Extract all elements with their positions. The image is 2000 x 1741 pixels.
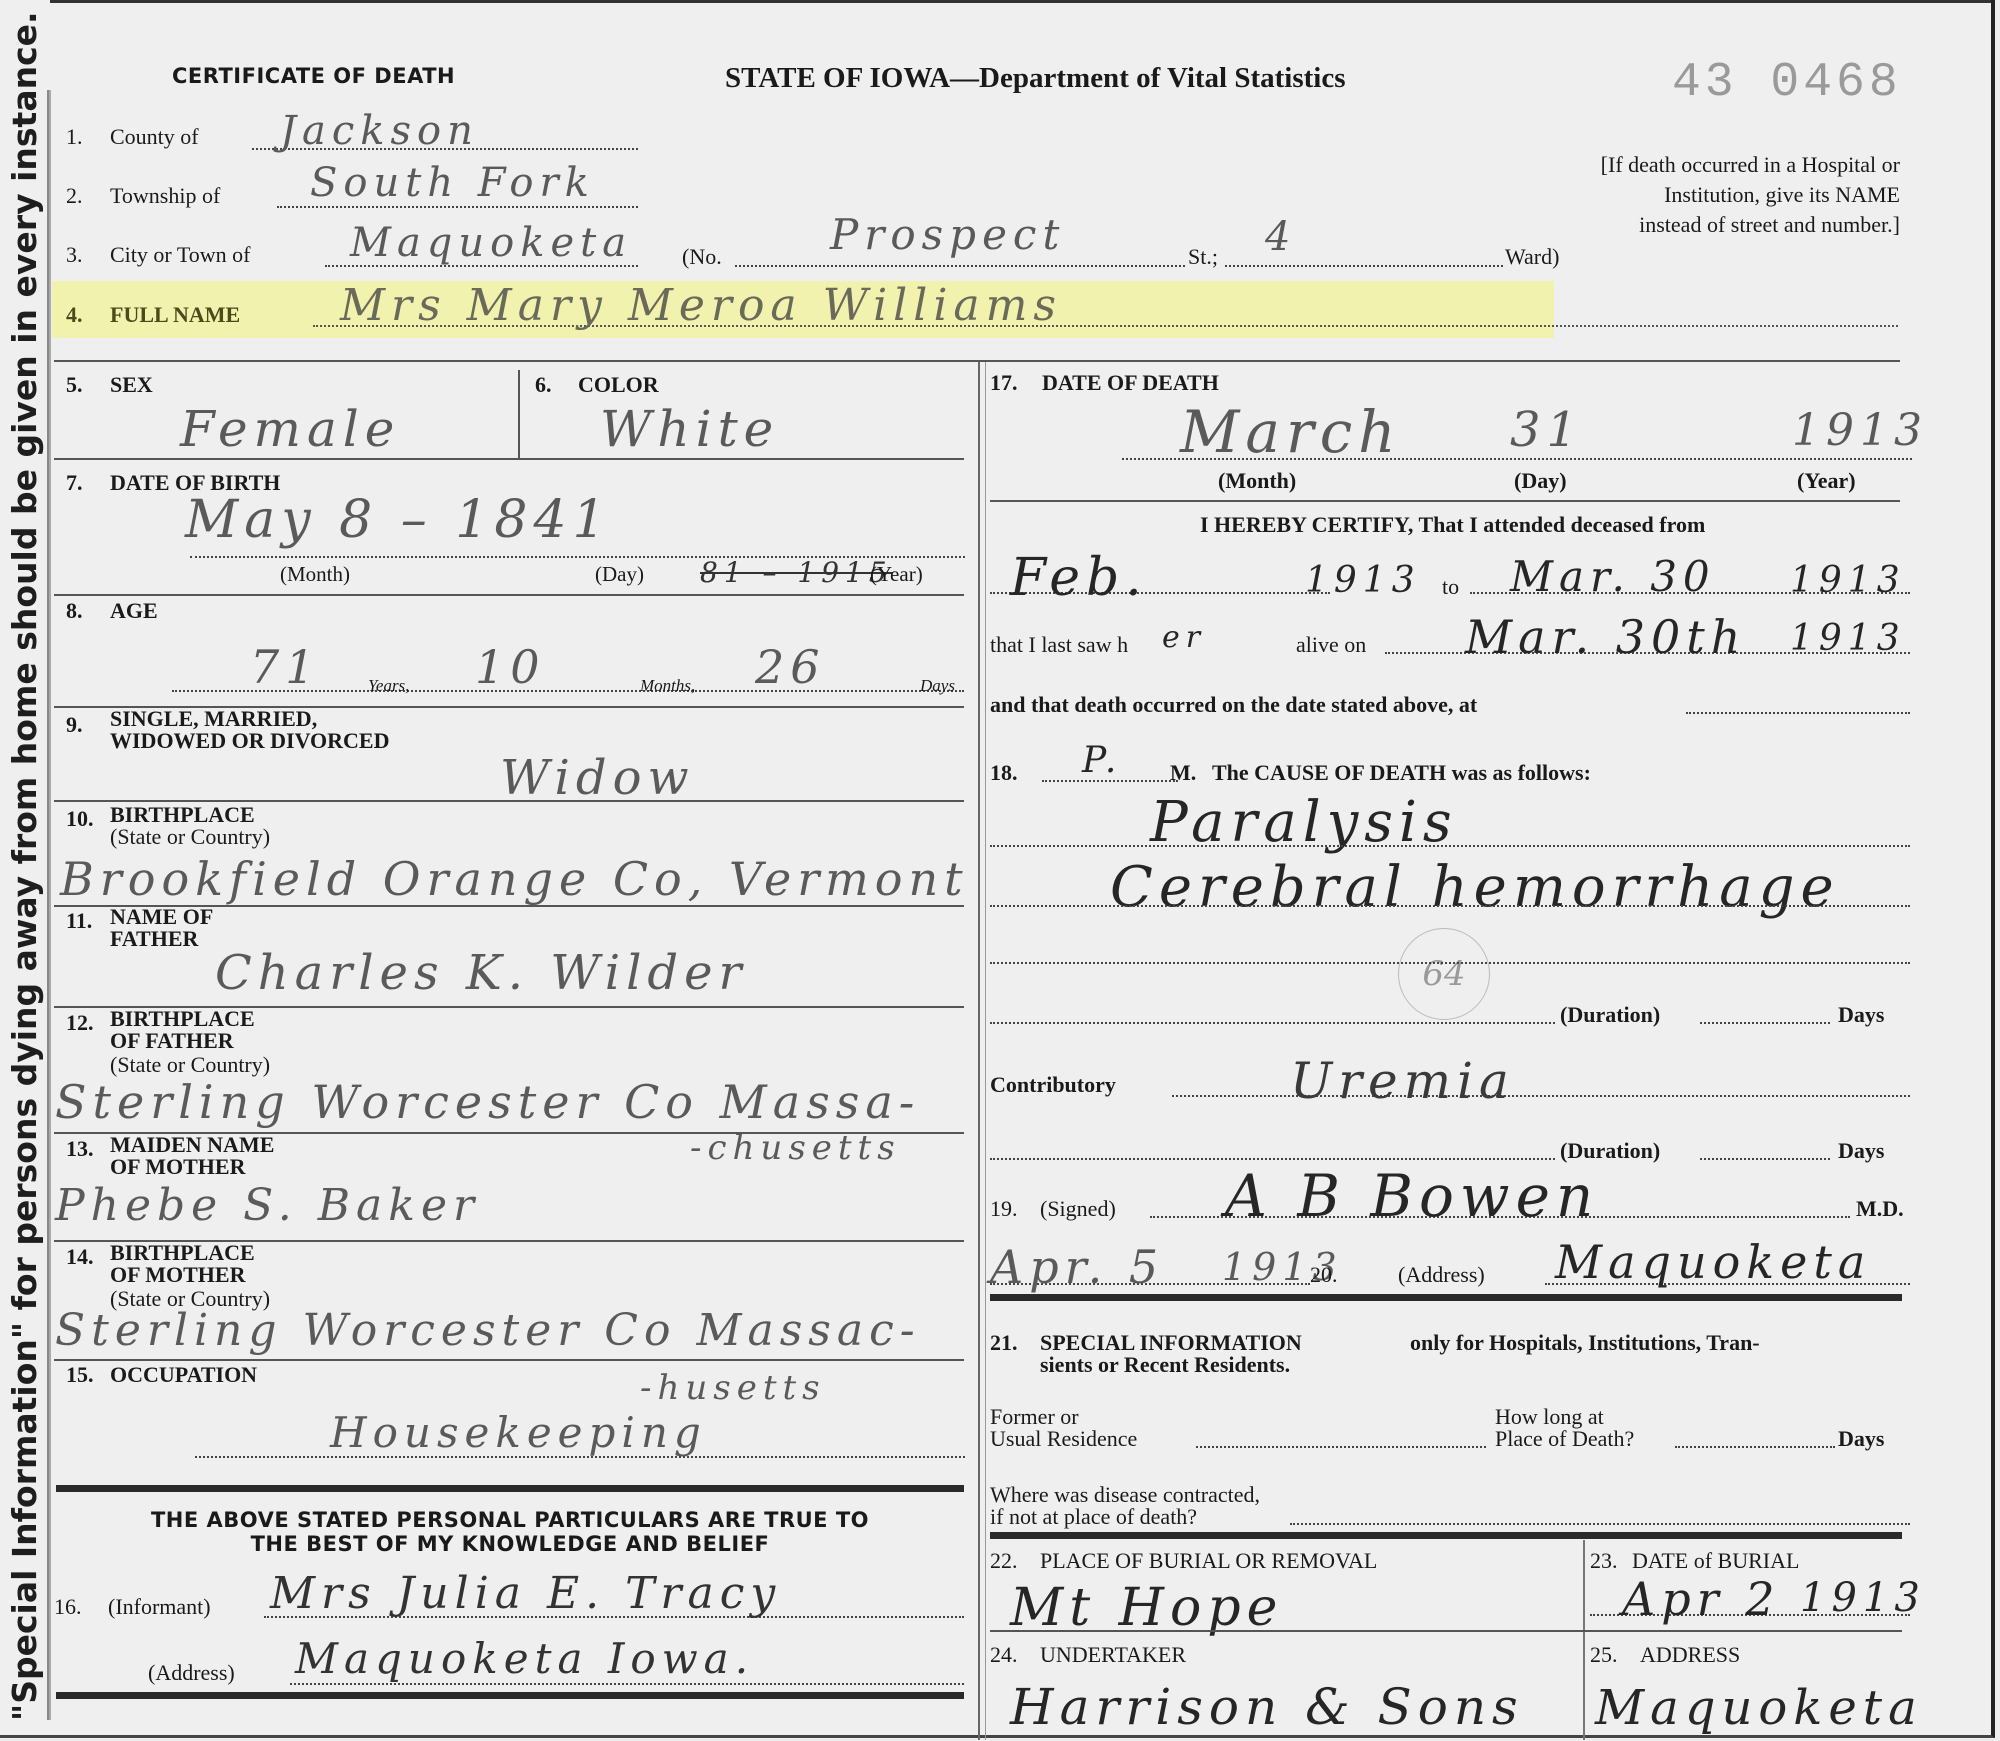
county-value: Jackson (280, 108, 479, 154)
mother-value: Phebe S. Baker (55, 1180, 480, 1231)
township-value: South Fork (310, 160, 595, 206)
sidebar: "Special Information" for persons dying … (2, 0, 44, 1741)
certificate-number: 43 0468 (1672, 56, 1902, 110)
informant-address-value: Maquoketa Iowa. (295, 1634, 754, 1683)
certify-to-year: 1913 (1790, 560, 1906, 601)
cause-num: 18. (990, 760, 1018, 786)
county-label: County of (110, 124, 199, 150)
agency-title: STATE OF IOWA—Department of Vital Statis… (725, 62, 1346, 95)
informant-value: Mrs Julia E. Tracy (270, 1568, 781, 1619)
father-birthplace-value: Sterling Worcester Co Massa- (55, 1075, 920, 1129)
street-label: St.; (1188, 244, 1218, 270)
death-certificate: "Special Information" for persons dying … (0, 0, 1995, 1738)
street-no-value: Prospect (830, 210, 1065, 259)
how-long-days: Days (1838, 1426, 1884, 1452)
special-title-rest: only for Hospitals, Institutions, Tran- (1410, 1330, 1760, 1356)
dob-struck-value: 81 – 1915 (700, 556, 893, 589)
column-divider (978, 362, 980, 1740)
signed-address-num: 20. (1310, 1262, 1338, 1288)
alive-on-value: Mar. 30th (1465, 610, 1746, 664)
age-months-label: Months, (640, 676, 695, 696)
ward-label: Ward) (1505, 244, 1559, 270)
sex-num: 5. (66, 372, 83, 398)
rule-top-section (54, 360, 1900, 362)
days-label-2: Days (1838, 1138, 1884, 1164)
former-residence-label-2: Usual Residence (990, 1426, 1137, 1452)
special-num: 21. (990, 1330, 1018, 1356)
last-saw-suffix: er (1162, 620, 1206, 655)
special-line-2: sients or Recent Residents. (1040, 1352, 1290, 1378)
cause-time-value: P. (1082, 740, 1122, 781)
dob-num: 7. (66, 470, 83, 496)
father-label-2: FATHER (110, 928, 198, 950)
dod-day: 31 (1510, 402, 1583, 458)
dod-year: 1913 (1792, 405, 1928, 456)
color-value: White (600, 400, 779, 458)
duration-label-1: (Duration) (1560, 1002, 1660, 1028)
birthplace-value: Brookfield Orange Co, Vermont (60, 852, 969, 906)
dod-month: March (1180, 398, 1402, 466)
age-label: AGE (110, 598, 158, 624)
alive-on-year: 1913 (1790, 618, 1906, 659)
color-num: 6. (535, 372, 552, 398)
father-label-1: NAME OF (110, 906, 213, 928)
age-num: 8. (66, 598, 83, 624)
institution-note: [If death occurred in a Hospital or Inst… (1600, 150, 1900, 240)
dob-year-label: (Year) (870, 562, 923, 587)
age-days-label: Days (920, 676, 955, 696)
full-name-num: 4. (66, 302, 83, 328)
marital-label-2: WIDOWED OR DIVORCED (110, 730, 389, 752)
dod-label: DATE OF DEATH (1042, 370, 1219, 396)
signed-suffix: M.D. (1856, 1196, 1904, 1222)
birthplace-sub: (State or Country) (110, 826, 270, 848)
signed-num: 19. (990, 1196, 1018, 1222)
burial-date-num: 23. (1590, 1548, 1618, 1574)
township-label: Township of (110, 183, 220, 209)
side-rule (47, 90, 51, 1720)
sidebar-instruction: "Special Information" for persons dying … (4, 0, 46, 1741)
informant-num: 16. (54, 1594, 82, 1620)
last-saw-label: that I last saw h (990, 632, 1128, 658)
birthplace-label: BIRTHPLACE (110, 804, 255, 826)
occupation-num: 15. (66, 1362, 94, 1388)
city-label: City or Town of (110, 242, 250, 268)
marital-num: 9. (66, 712, 83, 738)
father-value: Charles K. Wilder (215, 945, 748, 1001)
age-years: 71 (250, 640, 321, 694)
certify-from-value: Feb. (1010, 548, 1148, 608)
full-name-label: FULL NAME (110, 302, 240, 328)
signed-address-value: Maquoketa (1555, 1235, 1871, 1289)
signed-address-label: (Address) (1398, 1262, 1485, 1288)
burial-date-label: DATE of BURIAL (1632, 1548, 1799, 1574)
mother-num: 13. (66, 1136, 94, 1162)
contributory-label: Contributory (990, 1072, 1116, 1098)
duration-label-2: (Duration) (1560, 1138, 1660, 1164)
informant-label: (Informant) (108, 1594, 211, 1620)
contracted-label-2: if not at place of death? (990, 1504, 1197, 1530)
days-label-1: Days (1838, 1002, 1884, 1028)
certify-from-year: 1913 (1305, 560, 1421, 601)
age-months: 10 (475, 640, 546, 694)
occupation-label: OCCUPATION (110, 1362, 257, 1388)
certify-to-value: Mar. 30 (1510, 552, 1716, 601)
age-years-label: Years, (368, 676, 409, 696)
undertaker-value: Harrison & Sons (1010, 1678, 1524, 1736)
father-birthplace-label-2: OF FATHER (110, 1030, 234, 1052)
contributory-value: Uremia (1290, 1052, 1515, 1110)
township-num: 2. (66, 183, 83, 209)
dod-day-label: (Day) (1514, 468, 1567, 494)
undertaker-address-value: Maquoketa (1595, 1680, 1923, 1736)
undertaker-address-label: ADDRESS (1640, 1642, 1740, 1668)
cause-line-2: Cerebral hemorrhage (1110, 855, 1840, 920)
marital-value: Widow (500, 750, 695, 806)
cause-label: The CAUSE OF DEATH was as follows: (1212, 760, 1591, 786)
alive-on-label: alive on (1296, 632, 1366, 658)
mother-label-2: OF MOTHER (110, 1156, 245, 1178)
father-birthplace-sub: (State or Country) (110, 1054, 270, 1076)
father-birthplace-value-cont: -chusetts (690, 1128, 901, 1168)
mother-birthplace-label-1: BIRTHPLACE (110, 1242, 255, 1264)
dod-month-label: (Month) (1218, 468, 1296, 494)
color-label: COLOR (578, 372, 659, 398)
certify-line-4: and that death occurred on the date stat… (990, 692, 1477, 718)
mother-birthplace-label-2: OF MOTHER (110, 1264, 245, 1286)
mother-birthplace-value-cont: -husetts (640, 1368, 826, 1408)
signed-label: (Signed) (1040, 1196, 1116, 1222)
father-birthplace-num: 12. (66, 1010, 94, 1036)
full-name-value: Mrs Mary Meroa Williams (340, 280, 1062, 331)
top-border (50, 0, 1991, 3)
dob-month-label: (Month) (280, 562, 350, 587)
mother-birthplace-value: Sterling Worcester Co Massac- (55, 1305, 921, 1356)
attestation-line-1: THE ABOVE STATED PERSONAL PARTICULARS AR… (56, 1508, 964, 1532)
circled-note: 64 (1398, 928, 1490, 1020)
ward-value: 4 (1265, 214, 1296, 260)
certify-to-label: to (1442, 574, 1459, 600)
form-title: CERTIFICATE OF DEATH (172, 64, 455, 88)
dob-value: May 8 – 1841 (185, 490, 612, 550)
undertaker-num: 24. (990, 1642, 1018, 1668)
occupation-value: Housekeeping (330, 1408, 707, 1457)
dod-year-label: (Year) (1797, 468, 1856, 494)
signed-date-value: Apr. 5 (990, 1240, 1164, 1294)
attestation-line-2: THE BEST OF MY KNOWLEDGE AND BELIEF (56, 1532, 964, 1556)
dod-num: 17. (990, 370, 1018, 396)
undertaker-label: UNDERTAKER (1040, 1642, 1186, 1668)
burial-place-label: PLACE OF BURIAL OR REMOVAL (1040, 1548, 1377, 1574)
certify-line-1: I HEREBY CERTIFY, That I attended deceas… (1200, 512, 1705, 538)
cause-time-label: M. (1170, 760, 1196, 786)
age-days: 26 (755, 640, 826, 694)
street-no-label: (No. (682, 244, 722, 270)
city-value: Maquoketa (350, 220, 632, 266)
dob-day-label: (Day) (595, 562, 644, 587)
sex-value: Female (180, 400, 400, 458)
father-num: 11. (66, 908, 92, 934)
sex-label: SEX (110, 372, 153, 398)
mother-label-1: MAIDEN NAME (110, 1134, 274, 1156)
burial-place-num: 22. (990, 1548, 1018, 1574)
city-num: 3. (66, 242, 83, 268)
father-birthplace-label-1: BIRTHPLACE (110, 1008, 255, 1030)
informant-address-label: (Address) (148, 1660, 235, 1686)
signed-value: A B Bowen (1225, 1162, 1599, 1230)
undertaker-address-num: 25. (1590, 1642, 1618, 1668)
birthplace-num: 10. (66, 806, 94, 832)
burial-date-year: 1913 (1800, 1575, 1926, 1621)
burial-date-value: Apr 2 (1622, 1572, 1781, 1626)
marital-label-1: SINGLE, MARRIED, (110, 708, 317, 730)
how-long-label-2: Place of Death? (1495, 1426, 1634, 1452)
burial-place-value: Mt Hope (1010, 1578, 1283, 1638)
mother-birthplace-num: 14. (66, 1244, 94, 1270)
county-num: 1. (66, 124, 83, 150)
